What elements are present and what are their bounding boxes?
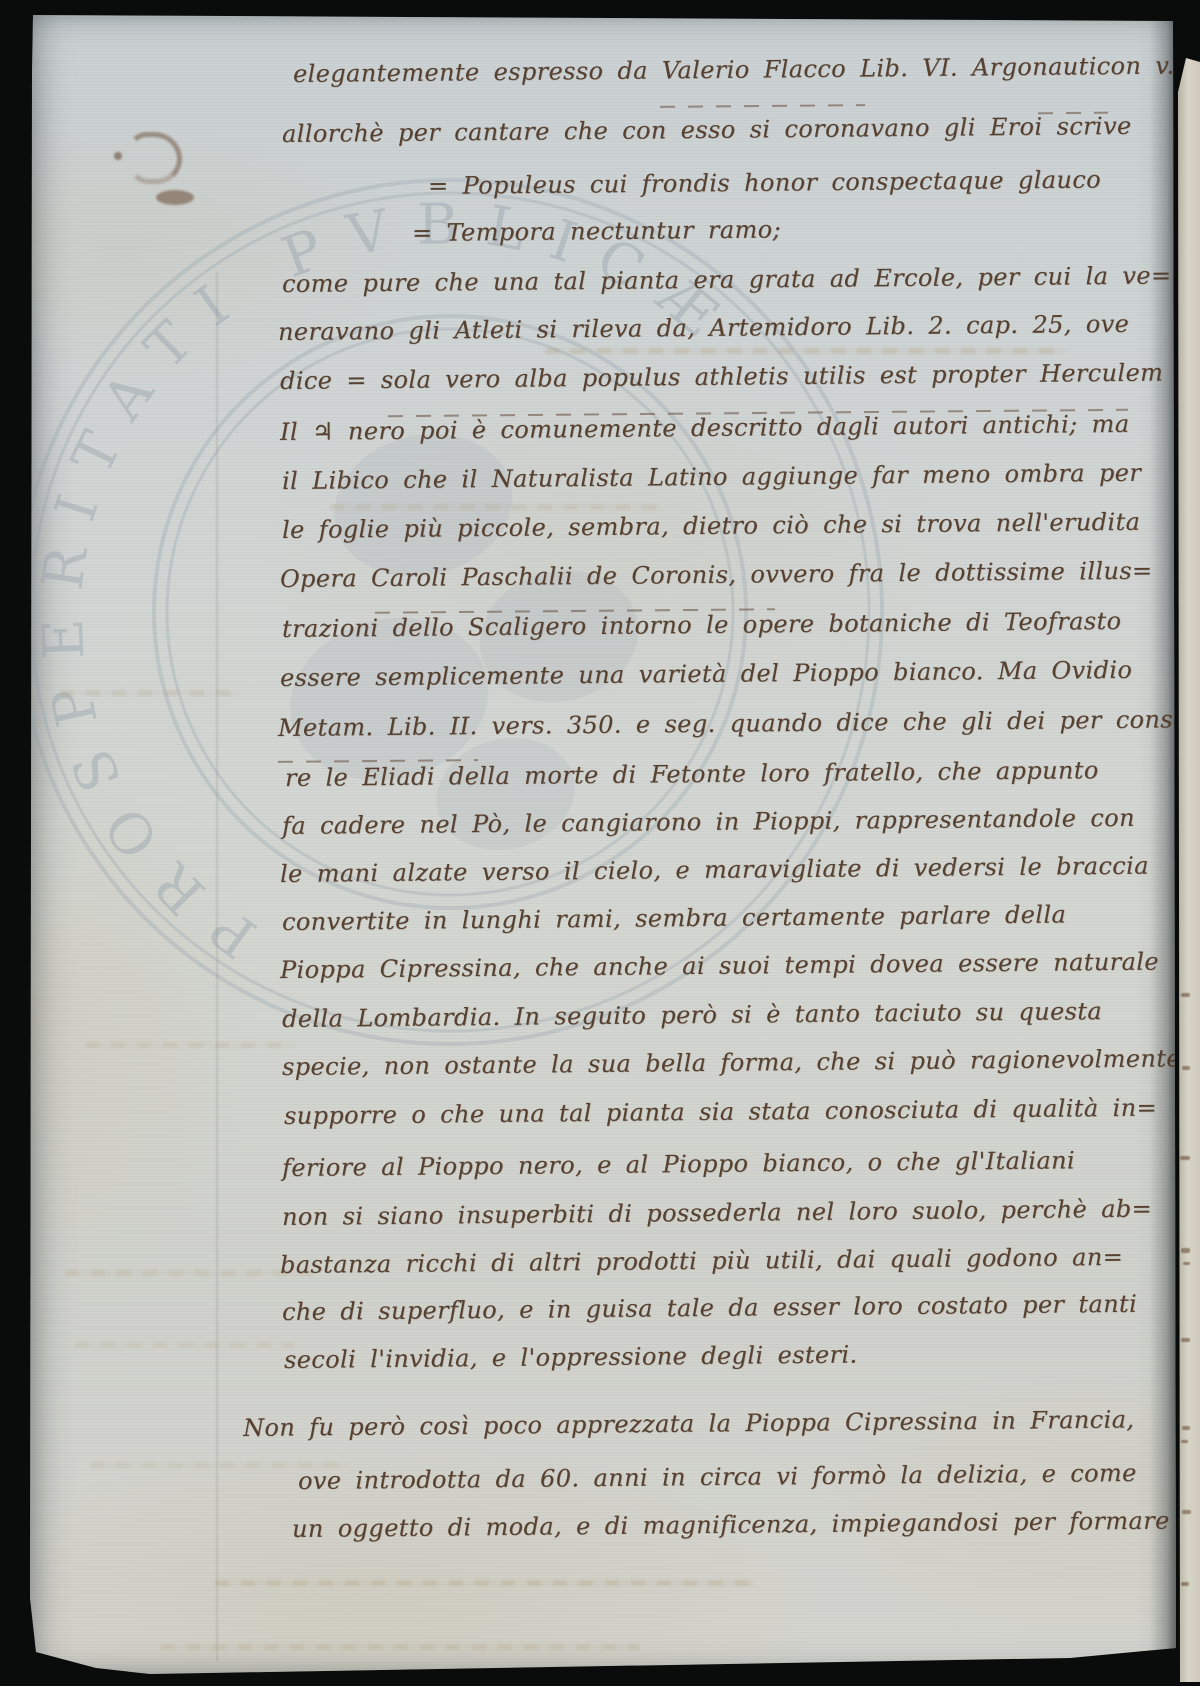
scan-background: PROSPERITATI PVBLICÆ elegantemente espre… bbox=[0, 0, 1200, 1686]
edge-speck bbox=[1181, 1582, 1189, 1586]
handwritten-line: = Tempora nectuntur ramo; bbox=[412, 215, 781, 247]
handwritten-line: Non fu però così poco apprezzata la Piop… bbox=[243, 1405, 1135, 1442]
handwritten-line: le foglie più piccole, sembra, dietro ci… bbox=[282, 508, 1141, 544]
handwritten-line: ove introdotta da 60. anni in circa vi f… bbox=[298, 1459, 1137, 1495]
bleed-smudge bbox=[330, 504, 660, 510]
margin-ink-blot bbox=[114, 152, 122, 160]
edge-speck bbox=[1183, 1262, 1190, 1265]
handwritten-line: Opera Caroli Paschalii de Coronis, ovver… bbox=[280, 557, 1153, 593]
bleed-smudge bbox=[60, 690, 240, 696]
handwritten-line: bastanza ricchi di altri prodotti più ut… bbox=[280, 1243, 1123, 1279]
handwritten-line: essere semplicemente una varietà del Pio… bbox=[280, 656, 1133, 692]
handwritten-line: Metam. Lib. II. vers. 350. e seg. quando… bbox=[278, 705, 1200, 742]
bleed-smudge bbox=[75, 1342, 295, 1348]
handwritten-line: neravano gli Atleti si rileva da, Artemi… bbox=[278, 310, 1129, 346]
edge-speck bbox=[1182, 1510, 1191, 1514]
handwritten-line: che di superfluo, e in guisa tale da ess… bbox=[282, 1290, 1137, 1326]
margin-ink-blot bbox=[156, 190, 194, 205]
next-page-edge bbox=[1178, 58, 1200, 1682]
handwritten-line: non si siano insuperbiti di possederla n… bbox=[282, 1195, 1152, 1231]
edge-speck bbox=[1180, 1156, 1190, 1160]
margin-ink-blot bbox=[128, 132, 182, 184]
stamp-emblem-blob bbox=[424, 724, 586, 865]
manuscript-page: PROSPERITATI PVBLICÆ elegantemente espre… bbox=[30, 12, 1176, 1676]
edge-speck bbox=[1181, 993, 1190, 997]
bleed-smudge bbox=[65, 1270, 315, 1276]
bleed-smudge bbox=[85, 1042, 295, 1048]
edge-speck bbox=[1181, 1248, 1190, 1253]
handwritten-line: un oggetto di moda, e di magnificenza, i… bbox=[292, 1506, 1200, 1543]
fold-crease bbox=[216, 272, 218, 1662]
handwritten-line: feriore al Pioppo nero, e al Pioppo bian… bbox=[282, 1146, 1075, 1182]
handwritten-line: della Lombardia. In seguito però si è ta… bbox=[282, 997, 1102, 1033]
handwritten-line: supporre o che una tal pianta sia stata … bbox=[284, 1094, 1157, 1130]
handwritten-line: = Populeus cui frondis honor conspectaqu… bbox=[428, 166, 1101, 200]
handwritten-line: secoli l'invidia, e l'oppressione degli … bbox=[284, 1340, 858, 1374]
handwritten-line: il Libico che il Naturalista Latino aggi… bbox=[282, 459, 1141, 495]
bleed-smudge bbox=[545, 348, 1065, 354]
edge-speck bbox=[1181, 1338, 1190, 1342]
underline-mark bbox=[660, 104, 865, 108]
edge-speck bbox=[1182, 1066, 1190, 1070]
handwritten-line: Pioppa Cipressina, che anche ai suoi tem… bbox=[280, 948, 1159, 984]
library-stamp: PROSPERITATI PVBLICÆ bbox=[0, 82, 950, 1202]
bleed-smudge bbox=[215, 1580, 755, 1586]
handwritten-line: convertite in lunghi rami, sembra certam… bbox=[282, 900, 1066, 936]
handwritten-line: le mani alzate verso il cielo, e maravig… bbox=[280, 852, 1149, 888]
edge-speck bbox=[1182, 1426, 1190, 1430]
edge-speck bbox=[1181, 1440, 1188, 1443]
bleed-smudge bbox=[160, 1644, 640, 1650]
handwritten-line: elegantemente espresso da Valerio Flacco… bbox=[293, 51, 1200, 88]
handwritten-line: allorchè per cantare che con esso si cor… bbox=[282, 112, 1132, 148]
handwritten-line: fa cadere nel Pò, le cangiarono in Piopp… bbox=[282, 804, 1135, 840]
handwritten-line: specie, non ostante la sua bella forma, … bbox=[282, 1044, 1181, 1081]
handwritten-line: come pure che una tal pianta era grata a… bbox=[282, 261, 1172, 298]
handwritten-line: dice = sola vero alba populus athletis u… bbox=[280, 359, 1164, 395]
